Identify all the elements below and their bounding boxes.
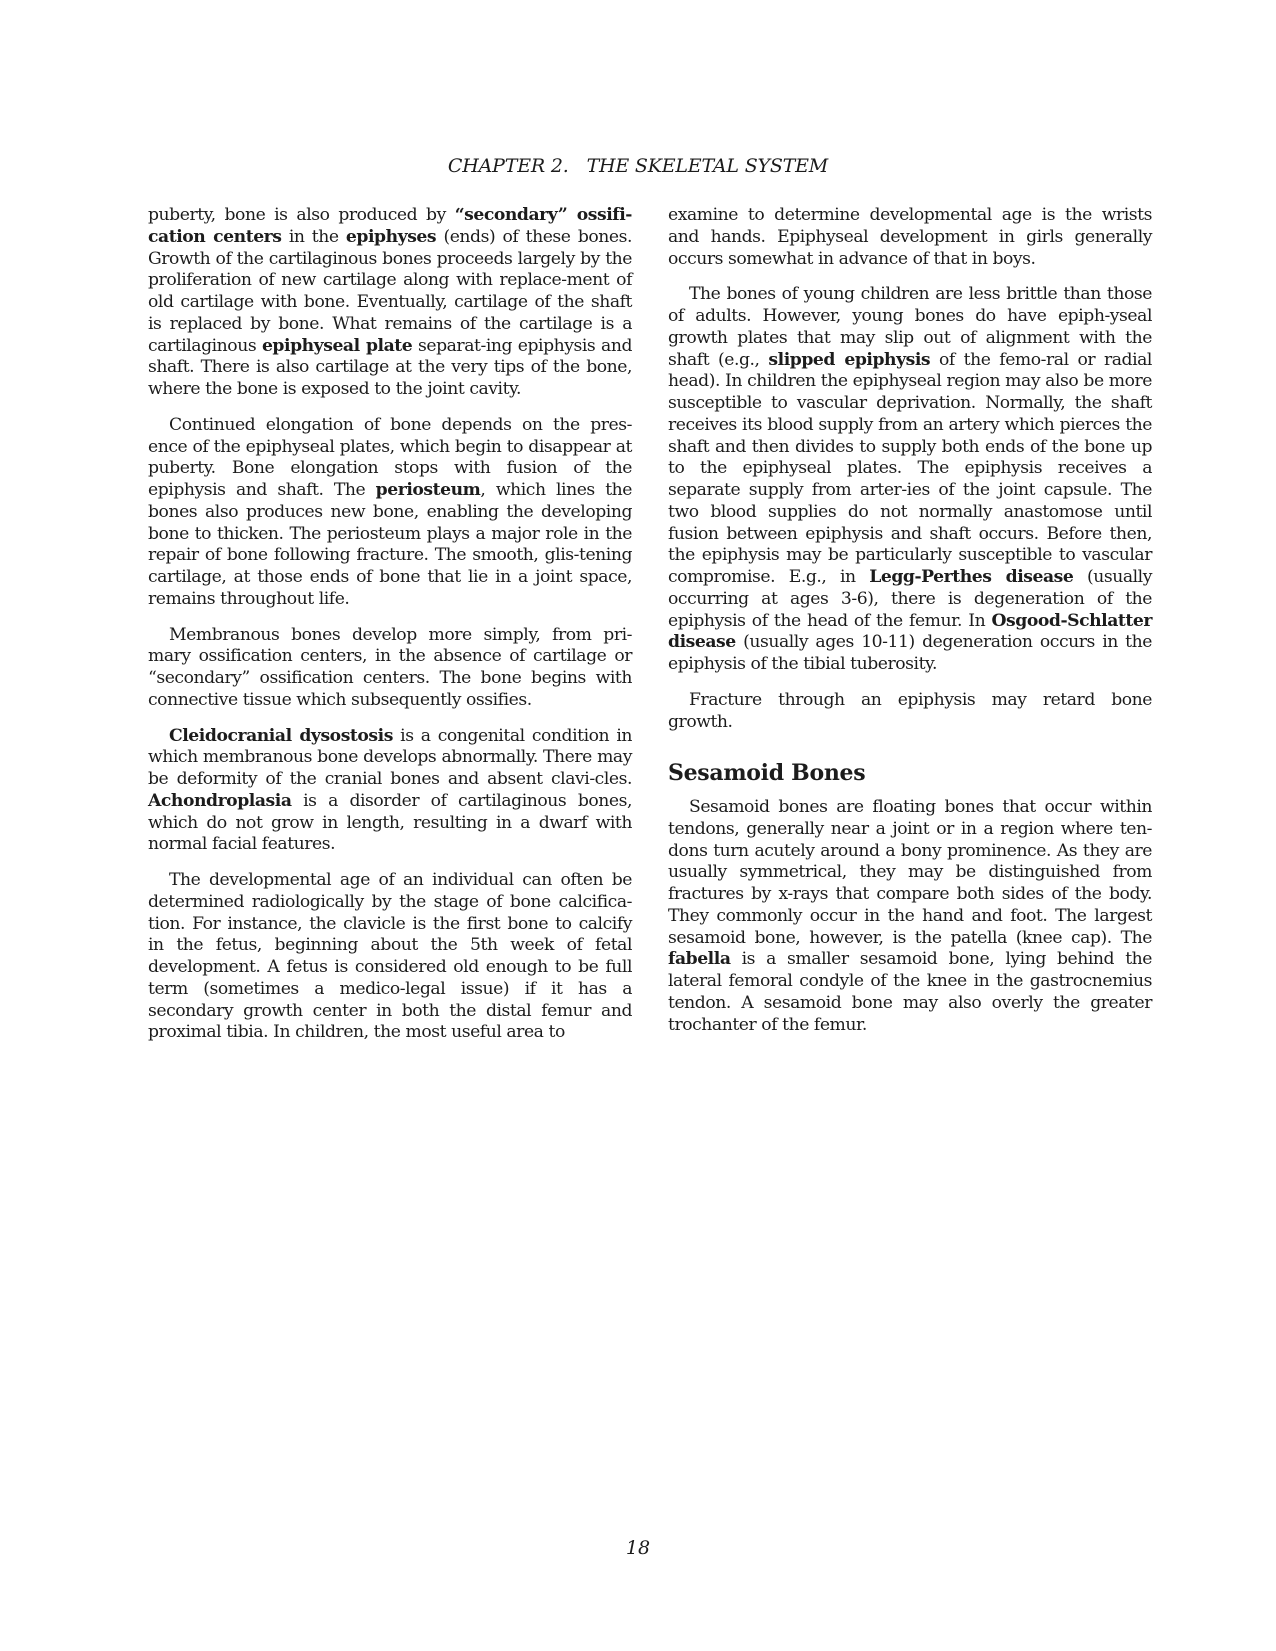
chapter-number: CHAPTER 2. [448,155,569,177]
bold-term: Legg-Perthes disease [869,567,1073,587]
paragraph: The bones of young children are less bri… [668,284,1152,676]
bold-term: fabella [668,949,731,969]
right-column: examine to determine developmental age i… [668,205,1152,1050]
bold-term: epiphyses [346,227,436,247]
paragraph: Continued elongation of bone depends on … [148,415,632,611]
bold-term: Cleidocranial dysostosis [169,726,393,746]
text: (usually ages 10-11) degeneration occurs… [668,632,1152,674]
chapter-title: THE SKELETAL SYSTEM [587,155,829,177]
paragraph: Membranous bones develop more simply, fr… [148,625,632,712]
text: Membranous bones develop more simply, fr… [148,625,632,710]
text: is a smaller sesamoid bone, lying behind… [668,949,1152,1034]
text: puberty, bone is also produced by [148,205,455,225]
text: examine to determine developmental age i… [668,205,1152,269]
paragraph: examine to determine developmental age i… [668,205,1152,270]
page-number: 18 [0,1537,1276,1559]
bold-term: slipped epiphysis [768,350,930,370]
bold-term: epiphyseal plate [262,336,412,356]
text: of the femo-ral or radial head). In chil… [668,350,1152,588]
running-header: CHAPTER 2.THE SKELETAL SYSTEM [0,155,1276,177]
paragraph: Cleidocranial dysostosis is a congenital… [148,726,632,857]
left-column: puberty, bone is also produced by “secon… [148,205,632,1058]
section-heading: Sesamoid Bones [668,763,1152,785]
paragraph: Fracture through an epiphysis may retard… [668,690,1152,734]
paragraph: The developmental age of an individual c… [148,870,632,1044]
text: Sesamoid bones are floating bones that o… [668,797,1152,948]
paragraph: Sesamoid bones are floating bones that o… [668,797,1152,1036]
paragraph: puberty, bone is also produced by “secon… [148,205,632,401]
bold-term: Achondroplasia [148,791,292,811]
bold-term: periosteum [376,480,481,500]
text: in the [282,227,346,247]
text: Fracture through an epiphysis may retard… [668,690,1152,732]
text: The developmental age of an individual c… [148,870,632,1042]
